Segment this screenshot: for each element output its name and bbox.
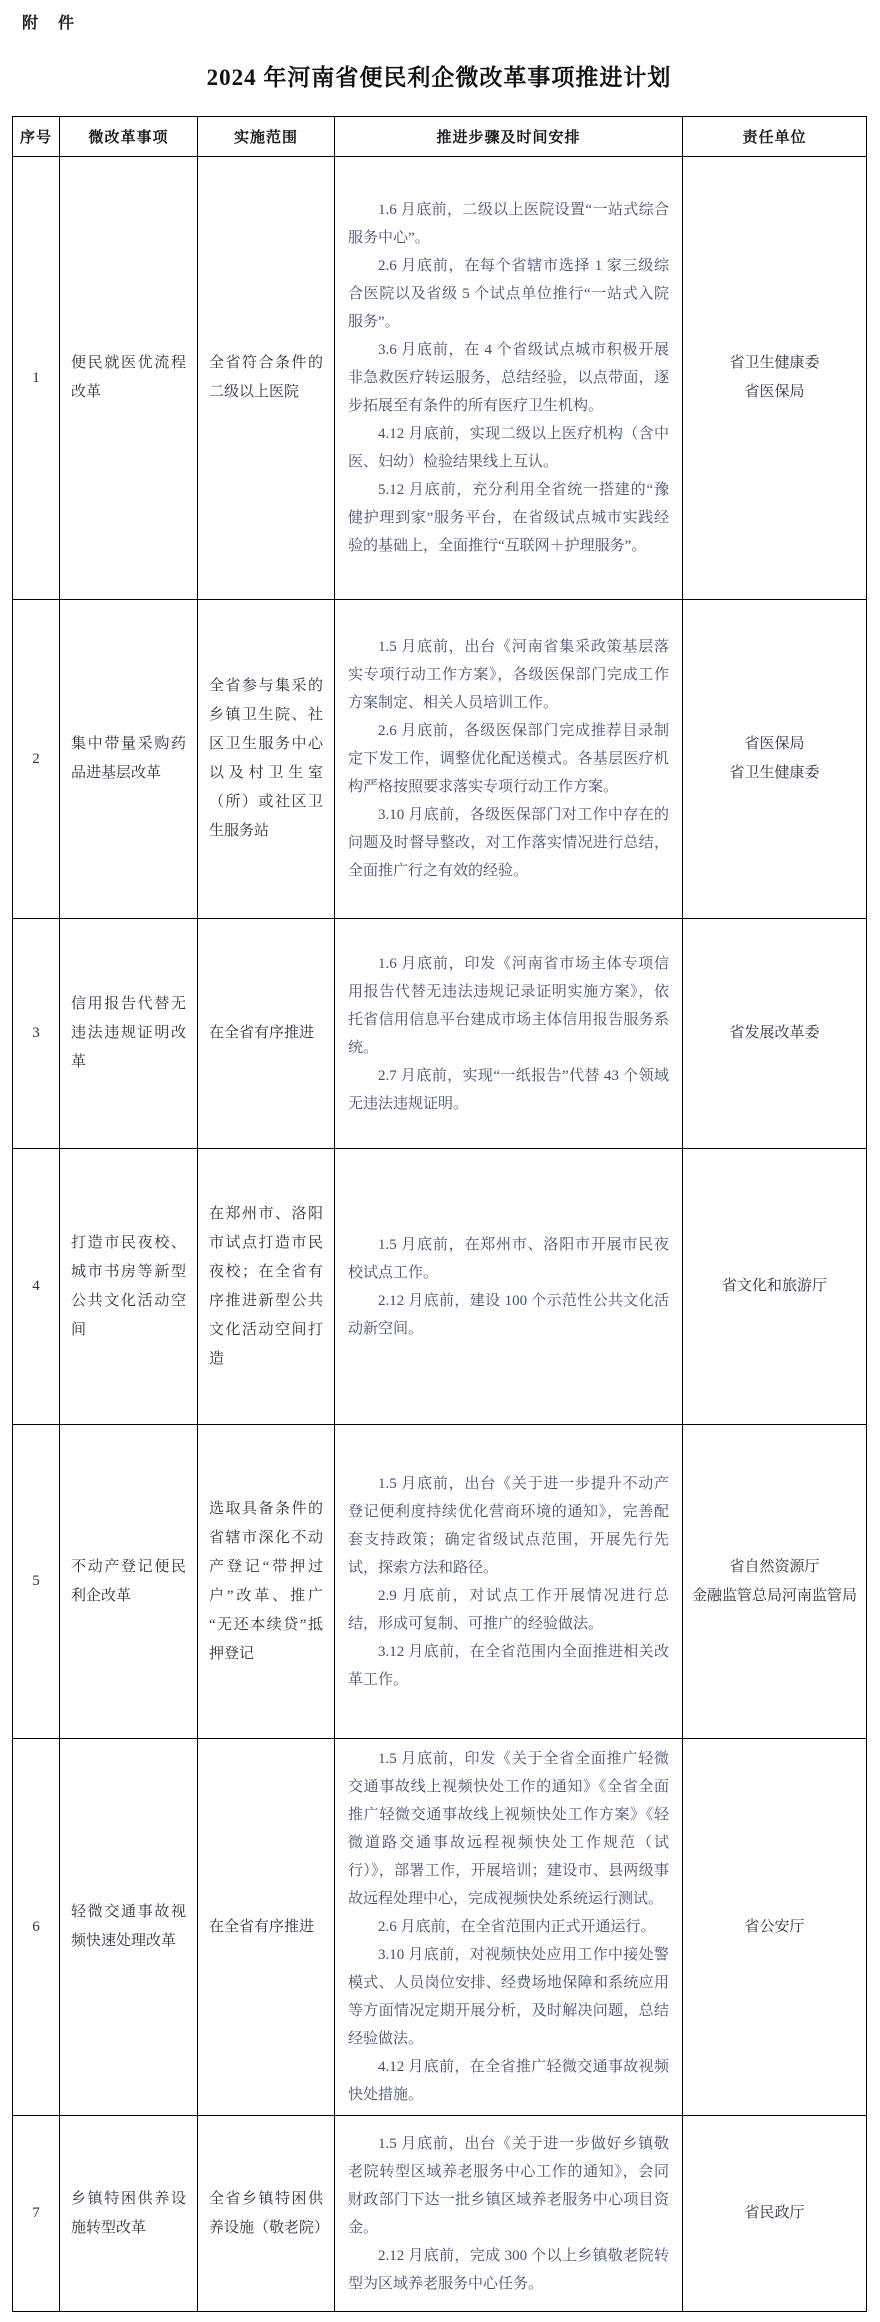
reform-item-cell: 便民就医优流程改革 — [60, 157, 198, 600]
steps-cell: 1.6 月底前，二级以上医院设置“一站式综合服务中心”。2.6 月底前，在每个省… — [335, 157, 683, 600]
row-number-cell: 7 — [13, 2116, 60, 2312]
row-number-cell: 6 — [13, 1739, 60, 2116]
step-paragraph: 4.12 月底前，实现二级以上医疗机构（含中医、妇幼）检验结果线上互认。 — [348, 420, 669, 476]
table-body: 1便民就医优流程改革全省符合条件的二级以上医院1.6 月底前，二级以上医院设置“… — [13, 157, 867, 2312]
responsible-unit: 省医保局 — [687, 730, 862, 759]
step-paragraph: 1.5 月底前，出台《河南省集采政策基层落实专项行动工作方案》，各级医保部门完成… — [348, 633, 669, 717]
reform-item-cell: 轻微交通事故视频快速处理改革 — [60, 1739, 198, 2116]
table-row: 2集中带量采购药品进基层改革全省参与集采的乡镇卫生院、社区卫生服务中心以及村卫生… — [13, 600, 867, 919]
responsible-unit: 省卫生健康委 — [687, 349, 862, 378]
responsible-unit: 金融监管总局河南监管局 — [687, 1582, 862, 1611]
responsible-unit: 省医保局 — [687, 378, 862, 407]
plan-table: 序号微改革事项实施范围推进步骤及时间安排责任单位 1便民就医优流程改革全省符合条… — [12, 116, 867, 2312]
responsible-unit-cell: 省民政厅 — [683, 2116, 867, 2312]
responsible-unit-cell: 省公安厅 — [683, 1739, 867, 2116]
reform-item-cell: 打造市民夜校、城市书房等新型公共文化活动空间 — [60, 1149, 198, 1425]
responsible-unit-cell: 省文化和旅游厅 — [683, 1149, 867, 1425]
responsible-unit: 省文化和旅游厅 — [687, 1272, 862, 1301]
col-header-item: 微改革事项 — [60, 117, 198, 157]
reform-item-cell: 信用报告代替无违法违规证明改革 — [60, 919, 198, 1149]
step-paragraph: 2.7 月底前，实现“一纸报告”代替 43 个领域无违法违规证明。 — [348, 1062, 669, 1118]
responsible-unit: 省发展改革委 — [687, 1019, 862, 1048]
row-number-cell: 4 — [13, 1149, 60, 1425]
steps-cell: 1.5 月底前，出台《关于进一步提升不动产登记便利度持续优化营商环境的通知》，完… — [335, 1425, 683, 1739]
reform-item-cell: 乡镇特困供养设施转型改革 — [60, 2116, 198, 2312]
row-number-cell: 1 — [13, 157, 60, 600]
step-paragraph: 2.12 月底前，建设 100 个示范性公共文化活动新空间。 — [348, 1287, 669, 1343]
col-header-units: 责任单位 — [683, 117, 867, 157]
row-number-cell: 3 — [13, 919, 60, 1149]
steps-cell: 1.6 月底前，印发《河南省市场主体专项信用报告代替无违法违规记录证明实施方案》… — [335, 919, 683, 1149]
step-paragraph: 4.12 月底前，在全省推广轻微交通事故视频快处措施。 — [348, 2053, 669, 2109]
reform-item-cell: 不动产登记便民利企改革 — [60, 1425, 198, 1739]
scope-cell: 全省参与集采的乡镇卫生院、社区卫生服务中心以及村卫生室（所）或社区卫生服务站 — [198, 600, 335, 919]
table-row: 3信用报告代替无违法违规证明改革在全省有序推进1.6 月底前，印发《河南省市场主… — [13, 919, 867, 1149]
steps-cell: 1.5 月底前，出台《河南省集采政策基层落实专项行动工作方案》，各级医保部门完成… — [335, 600, 683, 919]
step-paragraph: 3.10 月底前，各级医保部门对工作中存在的问题及时督导整改，对工作落实情况进行… — [348, 801, 669, 885]
col-header-scope: 实施范围 — [198, 117, 335, 157]
table-row: 4打造市民夜校、城市书房等新型公共文化活动空间在郑州市、洛阳市试点打造市民夜校；… — [13, 1149, 867, 1425]
responsible-unit-cell: 省自然资源厅金融监管总局河南监管局 — [683, 1425, 867, 1739]
table-row: 1便民就医优流程改革全省符合条件的二级以上医院1.6 月底前，二级以上医院设置“… — [13, 157, 867, 600]
responsible-unit-cell: 省卫生健康委省医保局 — [683, 157, 867, 600]
responsible-unit-cell: 省医保局省卫生健康委 — [683, 600, 867, 919]
col-header-no: 序号 — [13, 117, 60, 157]
step-paragraph: 2.12 月底前，完成 300 个以上乡镇敬老院转型为区域养老服务中心任务。 — [348, 2242, 669, 2298]
scope-cell: 在全省有序推进 — [198, 919, 335, 1149]
scope-cell: 全省乡镇特困供养设施（敬老院） — [198, 2116, 335, 2312]
table-row: 5不动产登记便民利企改革选取具备条件的省辖市深化不动产登记“带押过户”改革、推广… — [13, 1425, 867, 1739]
row-number-cell: 5 — [13, 1425, 60, 1739]
document-page: 附 件 2024 年河南省便民利企微改革事项推进计划 序号微改革事项实施范围推进… — [0, 0, 880, 2322]
scope-cell: 选取具备条件的省辖市深化不动产登记“带押过户”改革、推广“无还本续贷”抵押登记 — [198, 1425, 335, 1739]
step-paragraph: 1.5 月底前，在郑州市、洛阳市开展市民夜校试点工作。 — [348, 1231, 669, 1287]
step-paragraph: 1.5 月底前，出台《关于进一步提升不动产登记便利度持续优化营商环境的通知》，完… — [348, 1470, 669, 1582]
header-row: 序号微改革事项实施范围推进步骤及时间安排责任单位 — [13, 117, 867, 157]
scope-cell: 在全省有序推进 — [198, 1739, 335, 2116]
steps-cell: 1.5 月底前，在郑州市、洛阳市开展市民夜校试点工作。2.12 月底前，建设 1… — [335, 1149, 683, 1425]
responsible-unit: 省自然资源厅 — [687, 1553, 862, 1582]
step-paragraph: 2.6 月底前，在每个省辖市选择 1 家三级综合医院以及省级 5 个试点单位推行… — [348, 252, 669, 336]
step-paragraph: 1.6 月底前，印发《河南省市场主体专项信用报告代替无违法违规记录证明实施方案》… — [348, 950, 669, 1062]
step-paragraph: 5.12 月底前，充分利用全省统一搭建的“豫健护理到家”服务平台，在省级试点城市… — [348, 476, 669, 560]
page-title: 2024 年河南省便民利企微改革事项推进计划 — [12, 59, 866, 92]
attachment-label: 附 件 — [22, 10, 866, 33]
row-number-cell: 2 — [13, 600, 60, 919]
table-row: 7乡镇特困供养设施转型改革全省乡镇特困供养设施（敬老院）1.5 月底前，出台《关… — [13, 2116, 867, 2312]
scope-cell: 在郑州市、洛阳市试点打造市民夜校；在全省有序推进新型公共文化活动空间打造 — [198, 1149, 335, 1425]
col-header-steps: 推进步骤及时间安排 — [335, 117, 683, 157]
scope-cell: 全省符合条件的二级以上医院 — [198, 157, 335, 600]
step-paragraph: 3.12 月底前，在全省范围内全面推进相关改革工作。 — [348, 1638, 669, 1694]
step-paragraph: 2.6 月底前，在全省范围内正式开通运行。 — [348, 1913, 669, 1941]
step-paragraph: 2.9 月底前，对试点工作开展情况进行总结，形成可复制、可推广的经验做法。 — [348, 1582, 669, 1638]
responsible-unit: 省卫生健康委 — [687, 759, 862, 788]
step-paragraph: 3.10 月底前，对视频快处应用工作中接处警模式、人员岗位安排、经费场地保障和系… — [348, 1941, 669, 2053]
step-paragraph: 3.6 月底前，在 4 个省级试点城市积极开展非急救医疗转运服务，总结经验，以点… — [348, 336, 669, 420]
step-paragraph: 1.6 月底前，二级以上医院设置“一站式综合服务中心”。 — [348, 196, 669, 252]
table-row: 6轻微交通事故视频快速处理改革在全省有序推进1.5 月底前，印发《关于全省全面推… — [13, 1739, 867, 2116]
step-paragraph: 1.5 月底前，印发《关于全省全面推广轻微交通事故线上视频快处工作的通知》《全省… — [348, 1745, 669, 1913]
table-header: 序号微改革事项实施范围推进步骤及时间安排责任单位 — [13, 117, 867, 157]
reform-item-cell: 集中带量采购药品进基层改革 — [60, 600, 198, 919]
responsible-unit-cell: 省发展改革委 — [683, 919, 867, 1149]
steps-cell: 1.5 月底前，印发《关于全省全面推广轻微交通事故线上视频快处工作的通知》《全省… — [335, 1739, 683, 2116]
steps-cell: 1.5 月底前，出台《关于进一步做好乡镇敬老院转型区域养老服务中心工作的通知》，… — [335, 2116, 683, 2312]
step-paragraph: 2.6 月底前，各级医保部门完成推荐目录制定下发工作，调整优化配送模式。各基层医… — [348, 717, 669, 801]
responsible-unit: 省公安厅 — [687, 1913, 862, 1942]
responsible-unit: 省民政厅 — [687, 2199, 862, 2228]
step-paragraph: 1.5 月底前，出台《关于进一步做好乡镇敬老院转型区域养老服务中心工作的通知》，… — [348, 2130, 669, 2242]
